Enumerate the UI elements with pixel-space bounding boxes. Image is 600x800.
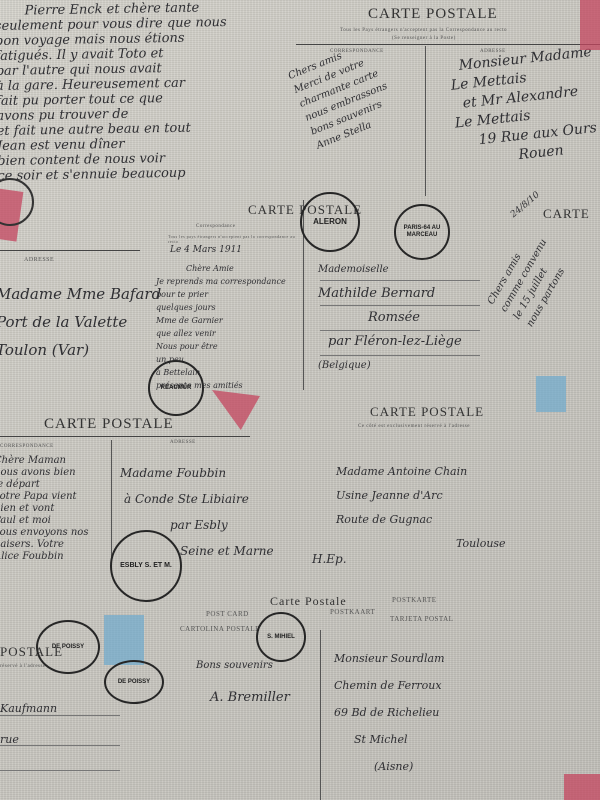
address-line: Monsieur Sourdlam [334, 645, 445, 672]
label-adresse: ADRESSE [24, 257, 54, 263]
letter-line: Chère Amie [156, 262, 286, 275]
address-line: Usine Jeanne d'Arc [336, 484, 506, 508]
message-line: le départ [0, 479, 88, 491]
card-language: TARJETA POSTAL [390, 615, 453, 623]
address-line: à Conde Ste Libiaire [120, 486, 274, 512]
red-stamp [580, 0, 600, 50]
postmark-text: RÉAUMUR [161, 385, 192, 392]
address-block: Monsieur Madame Le Mettais et Mr Alexand… [448, 43, 600, 171]
address-block: Mademoiselle Mathilde Bernard Romsée par… [318, 258, 462, 378]
address-line: Mademoiselle [318, 258, 462, 282]
address-rule [0, 745, 120, 746]
message-line: Alice Foubbin [0, 551, 88, 563]
address-line: par Fléron-lez-Liège [318, 330, 462, 354]
card-language: CARTOLINA POSTALE [180, 625, 260, 633]
red-stamp [564, 774, 600, 800]
blue-stamp [536, 376, 566, 412]
address-rule [320, 330, 480, 331]
postmark: PARIS-64 AU MARCEAU [394, 204, 450, 260]
address-line: Port de la Valette [0, 308, 161, 336]
blue-stamp [104, 615, 144, 665]
letter-line: ce soir et s'ennuie beaucoup [0, 165, 229, 184]
address-line: Madame Antoine Chain [336, 460, 506, 484]
card-subtitle: réservé à l'adresse [0, 664, 46, 669]
address-line: Toulouse [336, 532, 506, 556]
divider [111, 440, 112, 570]
divider [425, 46, 426, 196]
address-rule [320, 280, 480, 281]
address-block: Madame Mme Bafard Port de la Valette Tou… [0, 280, 161, 364]
card-language: POST CARD [206, 610, 249, 618]
message-line: Paul et moi [0, 515, 88, 527]
address-block: Madame Antoine Chain Usine Jeanne d'Arc … [336, 460, 506, 556]
message-line: votre Papa vient [0, 491, 88, 503]
postmark: S. MIHIEL [256, 612, 306, 662]
top-left-letter: Pierre Enck et chère tante seulement pou… [0, 0, 229, 184]
address-line: (Aisne) [334, 753, 445, 780]
red-stamp [212, 390, 260, 430]
card-subtitle: (Se renseigner à la Poste) [392, 36, 456, 41]
label-correspondance: CORRESPONDANCE [0, 444, 54, 449]
postmark [0, 178, 34, 226]
address-line: Toulon (Var) [0, 336, 161, 364]
address-line: (Belgique) [318, 354, 462, 378]
postmark: ESBLY S. ET M. [110, 530, 182, 602]
address-line: Madame Foubbin [120, 460, 274, 486]
message-block: Chers amis Merci de votre charmante cart… [286, 37, 401, 153]
divider [296, 44, 600, 45]
message-block: Chers amis comme convenu le 15 juillet n… [484, 229, 577, 330]
letter-line: quelques jours [156, 301, 286, 314]
postmark: RÉAUMUR [148, 360, 204, 416]
address-rule [0, 715, 120, 716]
postmark-text: DE POISSY [52, 644, 84, 651]
address-line: 69 Bd de Richelieu [334, 699, 445, 726]
address-line: Mathilde Bernard [318, 282, 462, 306]
message-line: Chère Maman [0, 455, 88, 467]
address-rule [0, 770, 120, 771]
letter-line: pour te prier [156, 288, 286, 301]
postmark-text: ESBLY S. ET M. [120, 562, 172, 570]
card-title: CARTE POSTALE [44, 416, 174, 433]
address-line: Romsée [318, 306, 462, 330]
postmark-text: DE POISSY [118, 679, 150, 686]
letter-line: Mme de Garnier [156, 314, 286, 327]
card-subtitle: Ce côté est exclusivement réservé à l'ad… [358, 424, 470, 429]
letter-line: que allez venir [156, 327, 286, 340]
divider [320, 630, 321, 800]
message-line: Bons souvenirs [196, 660, 273, 671]
initials: H.Ep. [312, 552, 347, 566]
message-line: vous envoyons nos [0, 527, 88, 539]
divider [0, 250, 140, 251]
address-block: Monsieur Sourdlam Chemin de Ferroux 69 B… [334, 645, 445, 780]
signature: A. Bremiller [210, 690, 290, 705]
address-rule [320, 355, 480, 356]
message-line: bien et vont [0, 503, 88, 515]
address-line: Route de Gugnac [336, 508, 506, 532]
card-language: POSTKARTE [392, 596, 437, 604]
letter-line: Nous pour être [156, 340, 286, 353]
address-line: St Michel [334, 726, 445, 753]
card-language: POSTKAART [330, 608, 375, 616]
card-date: 24/8/10 [509, 190, 542, 220]
address-line: Chemin de Ferroux [334, 672, 445, 699]
postmark-text: ALERON [313, 218, 347, 227]
address-rule [320, 305, 480, 306]
label-adresse: ADRESSE [170, 440, 196, 445]
postmark-text: S. MIHIEL [267, 634, 295, 641]
message-line: nous avons bien [0, 467, 88, 479]
postmark-text: PARIS-64 AU MARCEAU [396, 225, 448, 238]
postmark: ALERON [300, 192, 360, 252]
card-note: Tous les pays étrangers n'acceptent pas … [168, 234, 298, 244]
card-title: CARTE POSTALE [368, 6, 498, 23]
address-line: Madame Mme Bafard [0, 280, 161, 308]
postmark: DE POISSY [104, 660, 164, 704]
message-line: baisers. Votre [0, 539, 88, 551]
letter-date: Le 4 Mars 1911 [170, 245, 242, 255]
address-line: Kaufmann [0, 702, 57, 715]
letter-line: Je reprends ma correspondance [156, 275, 286, 288]
card-header: Correspondance [196, 224, 236, 229]
card-title: Carte Postale [270, 594, 347, 609]
postmark: DE POISSY [36, 620, 100, 674]
card-title: CARTE POSTALE [370, 404, 484, 420]
divider [0, 436, 250, 437]
message-block: Chère Maman nous avons bien le départ vo… [0, 455, 88, 563]
card-subtitle: Tous les Pays étrangers n'acceptent pas … [340, 28, 507, 33]
postcard-fabric-photo: Pierre Enck et chère tante seulement pou… [0, 0, 600, 800]
card-title: CARTE [543, 206, 590, 222]
